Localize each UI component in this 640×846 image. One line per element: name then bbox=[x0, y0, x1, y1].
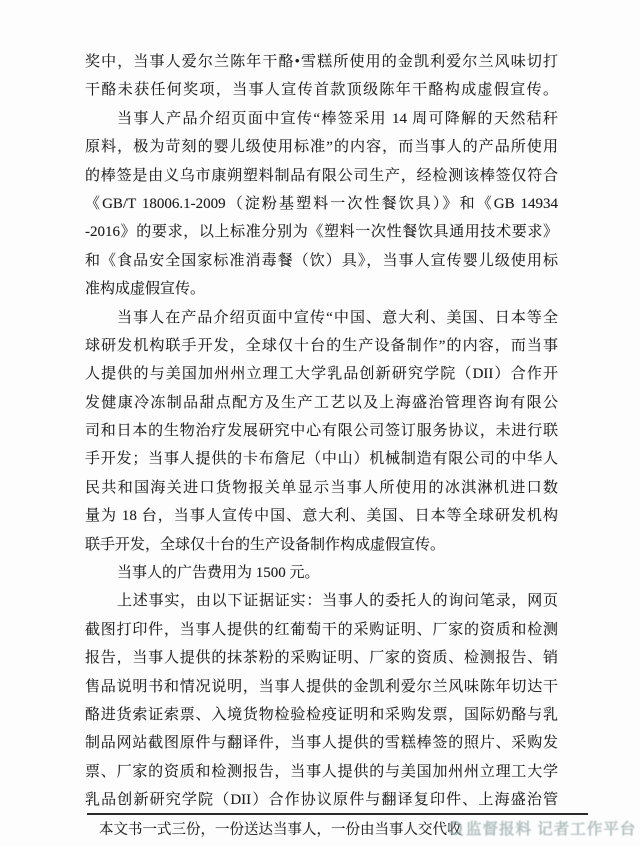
text-line: 干酪未获任何奖项，当事人宣传首款顶级陈年干酪构成虚假宣传。 bbox=[85, 76, 558, 104]
text-line: 联手开发，全球仅十台的生产设备制作构成虚假宣传。 bbox=[85, 531, 558, 559]
text-line: 量为 18 台，当事人宣传中国、意大利、美国、日本等全球研发机构 bbox=[85, 502, 558, 530]
document-body: 奖中，当事人爱尔兰陈年干酪•雪糕所使用的金凯利爱尔兰风味切打干酪未获任何奖项，当… bbox=[85, 48, 558, 815]
text-line: 手开发；当事人提供的卡布詹尼（中山）机械制造有限公司的中华人 bbox=[85, 445, 558, 473]
document-page: 奖中，当事人爱尔兰陈年干酪•雪糕所使用的金凯利爱尔兰风味切打干酪未获任何奖项，当… bbox=[0, 0, 640, 846]
watermark-text: 监督报料 记者工作平台 bbox=[466, 817, 636, 839]
text-line: 报告，当事人提供的抹茶粉的采购证明、厂家的资质、检测报告、销 bbox=[85, 644, 558, 672]
text-line: 民共和国海关进口货物报关单显示当事人所使用的冰淇淋机进口数 bbox=[85, 474, 558, 502]
text-line: 《GB/T 18006.1-2009（淀粉基塑料一次性餐饮具）》和《GB 149… bbox=[85, 190, 558, 218]
text-line: 当事人产品介绍页面中宣传“棒签采用 14 周可降解的天然秸秆 bbox=[85, 105, 558, 133]
text-line: 原料，极为苛刻的婴儿级使用标准”的内容，而当事人的产品所使用 bbox=[85, 133, 558, 161]
footer-note: 本文书一式三份，一份送达当事人，一份由当事人交代收 bbox=[99, 819, 462, 841]
text-line: -2016》的要求，以上标准分别为《塑料一次性餐饮具通用技术要求》 bbox=[85, 218, 558, 246]
footer-divider bbox=[87, 813, 588, 815]
watermark: 监督报料 记者工作平台 bbox=[448, 817, 636, 839]
text-line: 票、厂家的资质和检测报告，当事人提供的与美国加州州立理工大学 bbox=[85, 758, 558, 786]
text-line: 截图打印件，当事人提供的红葡萄干的采购证明、厂家的资质和检测 bbox=[85, 616, 558, 644]
text-line: 球研发机构联手开发，全球仅十台的生产设备制作”的内容，而当事 bbox=[85, 332, 558, 360]
text-line: 和《食品安全国家标准消毒餐（饮）具》，当事人宣传婴儿级使用标 bbox=[85, 247, 558, 275]
text-line: 的棒签是由义乌市康朔塑料制品有限公司生产，经检测该棒签仅符合 bbox=[85, 162, 558, 190]
text-line: 乳品创新研究学院（DII）合作协议原件与翻译复印件、上海盛治管 bbox=[85, 786, 558, 814]
text-line: 售品说明书和情况说明，当事人提供的金凯利爱尔兰风味陈年切达干 bbox=[85, 673, 558, 701]
text-line: 人提供的与美国加州州立理工大学乳品创新研究学院（DII）合作开 bbox=[85, 360, 558, 388]
text-line: 当事人在产品介绍页面中宣传“中国、意大利、美国、日本等全 bbox=[85, 304, 558, 332]
text-line: 司和日本的生物治疗发展研究中心有限公司签订服务协议，未进行联 bbox=[85, 417, 558, 445]
text-line: 制品网站截图原件与翻译件，当事人提供的雪糕棒签的照片、采购发 bbox=[85, 729, 558, 757]
text-line: 准构成虚假宣传。 bbox=[85, 275, 558, 303]
text-line: 酪进货索证索票、入境货物检验检疫证明和采购发票，国际奶酪与乳 bbox=[85, 701, 558, 729]
text-line: 发健康冷冻制品甜点配方及生产工艺以及上海盛治管理咨询有限公 bbox=[85, 389, 558, 417]
text-line: 当事人的广告费用为 1500 元。 bbox=[85, 559, 558, 587]
text-line: 上述事实，由以下证据证实：当事人的委托人的询问笔录，网页 bbox=[85, 587, 558, 615]
text-line: 奖中，当事人爱尔兰陈年干酪•雪糕所使用的金凯利爱尔兰风味切打 bbox=[85, 48, 558, 76]
